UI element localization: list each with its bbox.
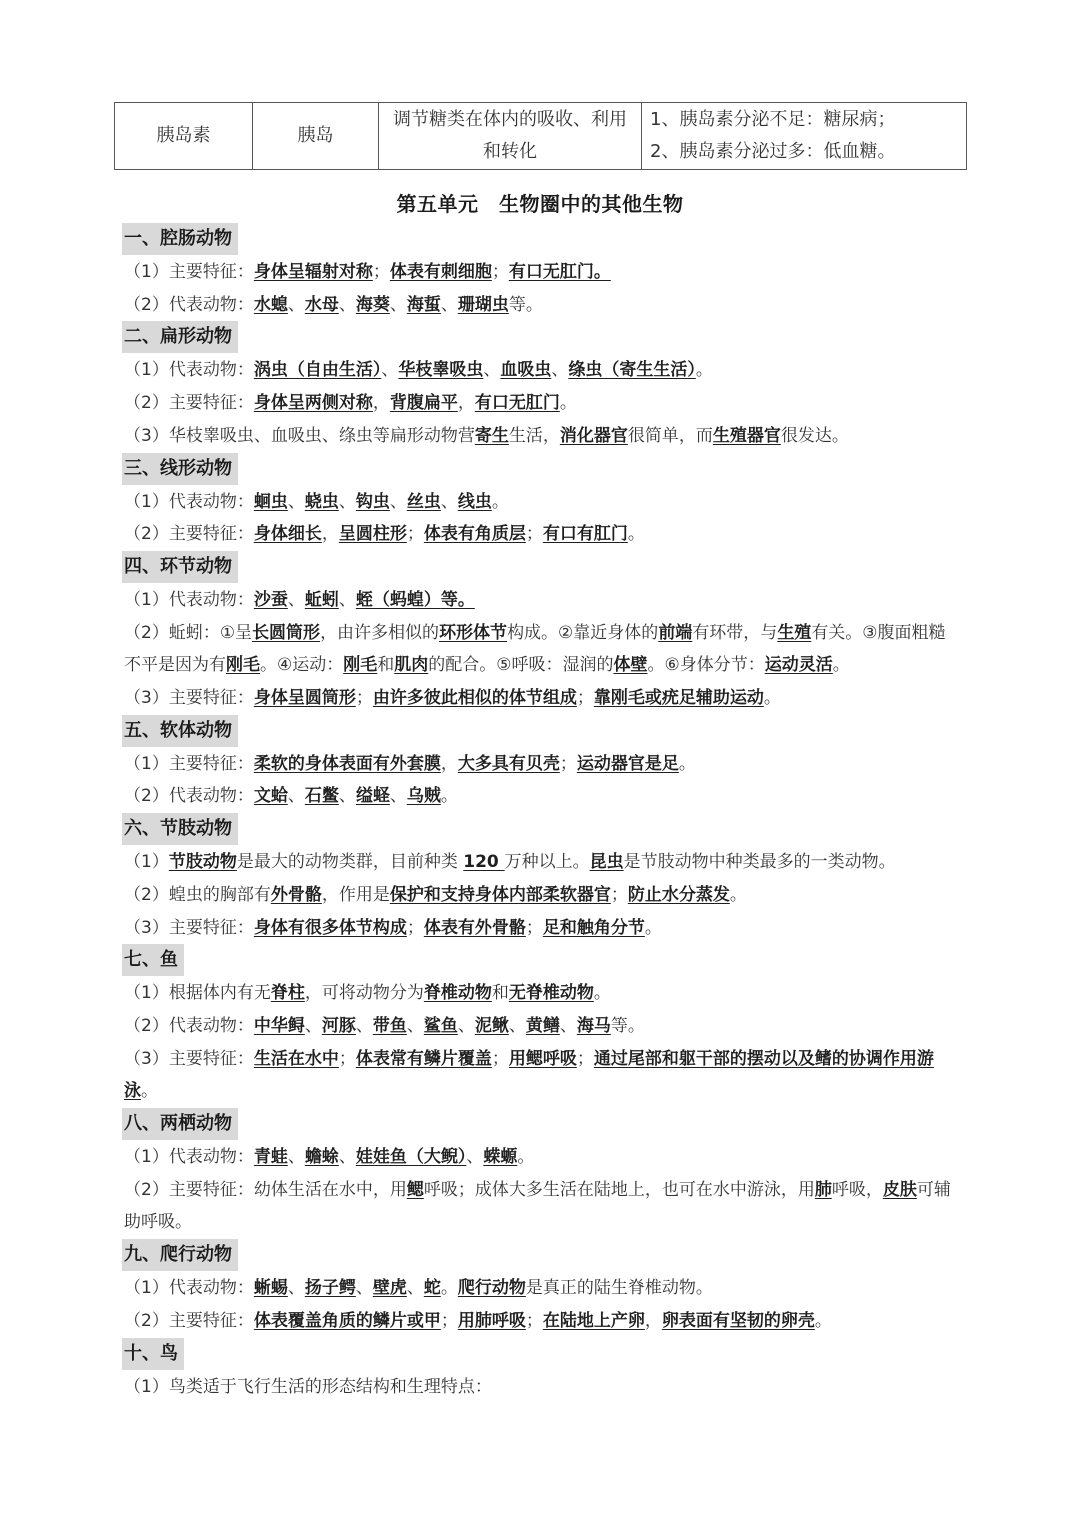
line-text: 等。 (611, 1016, 645, 1036)
key-term: 娃娃鱼（大鲵） (356, 1147, 467, 1167)
key-term: 水母 (305, 295, 339, 315)
list-item: （2）主要特征：体表覆盖角质的鳞片或甲；用肺呼吸；在陆地上产卵，卵表面有坚韧的卵… (124, 1305, 964, 1338)
key-term: 有口有肛门 (543, 524, 628, 544)
line-text: 、 (288, 786, 305, 806)
line-text: ； (407, 918, 424, 938)
line-text: （1）代表动物： (124, 1147, 254, 1167)
line-text: 。 (560, 393, 577, 413)
line-text: 。 (730, 885, 747, 905)
list-item: （2）主要特征：幼体生活在水中，用鳃呼吸；成体大多生活在陆地上，也可在水中游泳，… (124, 1174, 960, 1239)
line-text: ； (526, 1311, 543, 1331)
line-text: 、 (483, 360, 500, 380)
section-heading-row: 九、爬行动物 (124, 1239, 964, 1272)
list-item: （2）代表动物：中华鲟、河豚、带鱼、鲨鱼、泥鳅、黄鳝、海马等。 (124, 1010, 964, 1043)
line-text: 、 (509, 1016, 526, 1036)
section-heading-row: 六、节肢动物 (124, 813, 964, 846)
key-term: 有口无肛门 (475, 393, 560, 413)
key-term: 河豚 (322, 1016, 356, 1036)
list-item: （3）华枝睾吸虫、血吸虫、绦虫等扁形动物营寄生生活，消化器官很简单，而生殖器官很… (124, 420, 964, 453)
key-term: 肺 (815, 1180, 832, 1200)
line-text: 、 (407, 1016, 424, 1036)
section-heading: 八、两栖动物 (122, 1108, 238, 1140)
line-text: （2）主要特征： (124, 1311, 254, 1331)
line-text: （2）主要特征： (124, 524, 254, 544)
line-text: 、 (390, 492, 407, 512)
key-term: 大多具有贝壳 (458, 754, 560, 774)
line-text: 、 (390, 295, 407, 315)
key-term: 刚毛 (226, 655, 260, 675)
line-text: ，可将动物分为 (305, 983, 424, 1003)
key-term: 肌肉 (394, 655, 428, 675)
line-text: 。⑥身体分节： (648, 655, 765, 675)
key-term: 蛭（蚂蝗） (356, 590, 441, 610)
section-heading: 七、鱼 (122, 944, 184, 976)
key-term: 蝾螈 (483, 1147, 517, 1167)
section-heading-row: 四、环节动物 (124, 551, 964, 584)
line-text: （2）蚯蚓：①呈 (124, 623, 252, 643)
key-term: 由许多彼此相似的体节组成 (373, 688, 577, 708)
key-term: 脊椎动物 (424, 983, 492, 1003)
line-text: ； (560, 754, 577, 774)
line-text: （3）主要特征： (124, 1049, 254, 1069)
key-term: 防止水分蒸发 (628, 885, 730, 905)
line-text: 。 (645, 918, 662, 938)
line-text: 。 (833, 655, 850, 675)
line-text: ； (407, 524, 424, 544)
line-text: 。 (764, 688, 781, 708)
list-item: （3）主要特征：生活在水中；体表常有鳞片覆盖；用鳃呼吸；通过尾部和躯干部的摆动以… (124, 1043, 960, 1108)
key-term: 体表常有鳞片覆盖 (356, 1049, 492, 1069)
key-term: 黄鳝 (526, 1016, 560, 1036)
line-text: 、 (305, 1016, 322, 1036)
key-term: 卵表面有坚韧的卵壳 (662, 1311, 815, 1331)
key-term: 鲨鱼 (424, 1016, 458, 1036)
list-item: （2）蚯蚓：①呈长圆筒形，由许多相似的环形体节构成。②靠近身体的前端有环带，与生… (124, 617, 960, 682)
section-heading: 六、节肢动物 (122, 813, 238, 845)
key-term: 皮肤 (883, 1180, 917, 1200)
line-text: 呼吸；成体大多生活在陆地上，也可在水中游泳，用 (424, 1180, 815, 1200)
line-text: 、 (339, 786, 356, 806)
list-item: （2）蝗虫的胸部有外骨骼，作用是保护和支持身体内部柔软器官；防止水分蒸发。 (124, 879, 964, 912)
line-text: （2）主要特征： (124, 393, 254, 413)
section-heading-row: 二、扁形动物 (124, 321, 964, 354)
line-text: 、 (441, 492, 458, 512)
line-text: ， (441, 754, 458, 774)
hormone-table: 胰岛素 胰岛 调节糖类在体内的吸收、利用和转化 1、胰岛素分泌不足：糖尿病； 2… (114, 102, 967, 170)
line-text: （1）主要特征： (124, 754, 254, 774)
line-text: ； (492, 1049, 509, 1069)
key-term: 足和触角分节 (543, 918, 645, 938)
line-text: （1）根据体内有无 (124, 983, 271, 1003)
line-text: 、 (381, 360, 398, 380)
line-text: 、 (288, 1278, 305, 1298)
list-item: （2）主要特征：身体细长，呈圆柱形；体表有角质层；有口有肛门。 (124, 518, 964, 551)
unit-title: 第五单元 生物圈中的其他生物 (0, 188, 1080, 217)
line-text: （1）主要特征： (124, 262, 254, 282)
line-text: （3）主要特征： (124, 688, 254, 708)
key-term: 缢蛏 (356, 786, 390, 806)
line-text: 万种以上。 (505, 852, 590, 872)
line-text: ； (373, 262, 390, 282)
key-term: 前端 (658, 623, 692, 643)
key-term: 身体呈辐射对称 (254, 262, 373, 282)
key-term: 身体细长 (254, 524, 322, 544)
line-text: 构成。②靠近身体的 (507, 623, 658, 643)
key-term: 海蜇 (407, 295, 441, 315)
line-text: 、 (339, 1147, 356, 1167)
section-heading-row: 一、腔肠动物 (124, 223, 964, 256)
key-term: 靠刚毛或疣足辅助运动 (594, 688, 764, 708)
key-term: 石鳖 (305, 786, 339, 806)
line-text: 、 (407, 1278, 424, 1298)
list-item: （1）代表动物：沙蚕、蚯蚓、蛭（蚂蝗）等。 (124, 584, 964, 617)
line-text: 、 (339, 492, 356, 512)
key-term: 体表有外骨骼 (424, 918, 526, 938)
section-heading-row: 十、鸟 (124, 1338, 964, 1371)
line-text: 、 (441, 295, 458, 315)
effects-cell: 1、胰岛素分泌不足：糖尿病； 2、胰岛素分泌过多：低血糖。 (642, 103, 967, 170)
line-text: 、 (390, 786, 407, 806)
line-text: 、 (356, 1278, 373, 1298)
line-text: 、 (458, 1016, 475, 1036)
line-text: ； (577, 688, 594, 708)
line-text: ； (526, 918, 543, 938)
key-term: 有口无肛门。 (509, 262, 611, 282)
key-term: 运动器官是足 (577, 754, 679, 774)
key-term: 水螅 (254, 295, 288, 315)
line-text: 、 (339, 295, 356, 315)
line-text: ； (526, 524, 543, 544)
line-text: 很发达。 (781, 426, 849, 446)
line-text: 的配合。⑤呼吸：湿润的 (428, 655, 613, 675)
key-term: 体表有刺细胞 (390, 262, 492, 282)
key-term: 背腹扁平 (390, 393, 458, 413)
line-text: ； (492, 262, 509, 282)
line-text: （2）代表动物： (124, 1016, 254, 1036)
key-term: 体表有角质层 (424, 524, 526, 544)
key-term: 中华鲟 (254, 1016, 305, 1036)
section-heading-row: 八、两栖动物 (124, 1108, 964, 1141)
key-term: 生殖 (777, 623, 811, 643)
list-item: （1）节肢动物是最大的动物类群，目前种类 120 万种以上。昆虫是节肢动物中种类… (124, 846, 964, 879)
line-text: 和 (492, 983, 509, 1003)
key-term: 壁虎 (373, 1278, 407, 1298)
line-text: ； (356, 688, 373, 708)
line-text: （3）华枝睾吸虫、血吸虫、绦虫等扁形动物营 (124, 426, 475, 446)
line-text: 是节肢动物中种类最多的一类动物。 (624, 852, 896, 872)
key-term: 带鱼 (373, 1016, 407, 1036)
section-heading-row: 三、线形动物 (124, 453, 964, 486)
list-item: （1）代表动物：蛔虫、蛲虫、钩虫、丝虫、线虫。 (124, 486, 964, 519)
line-text: 和 (377, 655, 394, 675)
key-term: 生活在水中 (254, 1049, 339, 1069)
key-term: 昆虫 (590, 852, 624, 872)
line-text: （1） (124, 852, 169, 872)
list-item: （1）根据体内有无脊柱，可将动物分为脊椎动物和无脊椎动物。 (124, 977, 964, 1010)
key-term: 寄生 (475, 426, 509, 446)
key-term: 体表覆盖角质的鳞片或甲 (254, 1311, 441, 1331)
key-term: 消化器官 (560, 426, 628, 446)
section-heading: 九、爬行动物 (122, 1239, 238, 1271)
key-term: 线虫 (458, 492, 492, 512)
line-text: （1）代表动物： (124, 360, 254, 380)
key-term: 鳃 (407, 1180, 424, 1200)
list-item: （1）鸟类适于飞行生活的形态结构和生理特点： (124, 1371, 964, 1404)
key-term: 用鳃呼吸 (509, 1049, 577, 1069)
line-text: ，由许多相似的 (320, 623, 439, 643)
list-item: （3）主要特征：身体呈圆筒形；由许多彼此相似的体节组成；靠刚毛或疣足辅助运动。 (124, 682, 964, 715)
line-text: 。 (441, 1278, 458, 1298)
list-item: （1）主要特征：身体呈辐射对称；体表有刺细胞；有口无肛门。 (124, 256, 964, 289)
line-text: 。 (517, 1147, 534, 1167)
list-item: （1）代表动物：蜥蜴、扬子鳄、壁虎、蛇。爬行动物是真正的陆生脊椎动物。 (124, 1272, 964, 1305)
line-text: （2）主要特征：幼体生活在水中，用 (124, 1180, 407, 1200)
line-text: 。 (594, 983, 611, 1003)
list-item: （3）主要特征：身体有很多体节构成；体表有外骨骼；足和触角分节。 (124, 912, 964, 945)
key-term: 扬子鳄 (305, 1278, 356, 1298)
line-text: ， (645, 1311, 662, 1331)
key-term: 身体呈两侧对称 (254, 393, 373, 413)
line-text: （2）蝗虫的胸部有 (124, 885, 271, 905)
section-heading-row: 五、软体动物 (124, 715, 964, 748)
line-text: 。 (141, 1081, 158, 1101)
key-term: 120 (463, 852, 504, 872)
table-row: 胰岛素 胰岛 调节糖类在体内的吸收、利用和转化 1、胰岛素分泌不足：糖尿病； 2… (115, 103, 967, 170)
line-text: 。 (696, 360, 713, 380)
key-term: 钩虫 (356, 492, 390, 512)
key-term: 蜥蜴 (254, 1278, 288, 1298)
line-text: （1）鸟类适于飞行生活的形态结构和生理特点： (124, 1377, 492, 1397)
key-term: 乌贼 (407, 786, 441, 806)
key-term: 运动灵活 (765, 655, 833, 675)
key-term: 等。 (441, 590, 475, 610)
key-term: 青蛙 (254, 1147, 288, 1167)
line-text: ； (577, 1049, 594, 1069)
line-text: （1）代表动物： (124, 492, 254, 512)
line-text: （1）代表动物： (124, 590, 254, 610)
effect-excess: 2、胰岛素分泌过多：低血糖。 (650, 136, 960, 168)
line-text: （3）主要特征： (124, 918, 254, 938)
key-term: 蛇 (424, 1278, 441, 1298)
key-term: 刚毛 (343, 655, 377, 675)
list-item: （1）代表动物：涡虫（自由生活）、华枝睾吸虫、血吸虫、绦虫（寄生生活）。 (124, 354, 964, 387)
line-text: 、 (560, 1016, 577, 1036)
key-term: 蛲虫 (305, 492, 339, 512)
line-text: 。 (815, 1311, 832, 1331)
line-text: ， (458, 393, 475, 413)
key-term: 生殖器官 (713, 426, 781, 446)
section-heading: 一、腔肠动物 (122, 223, 238, 255)
key-term: 长圆筒形 (252, 623, 320, 643)
key-term: 涡虫（自由生活） (254, 360, 382, 380)
section-heading-row: 七、鱼 (124, 944, 964, 977)
key-term: 沙蚕 (254, 590, 288, 610)
section-list: 一、腔肠动物（1）主要特征：身体呈辐射对称；体表有刺细胞；有口无肛门。（2）代表… (124, 223, 964, 1403)
key-term: 在陆地上产卵 (543, 1311, 645, 1331)
key-term: 海马 (577, 1016, 611, 1036)
key-term: 血吸虫 (500, 360, 551, 380)
key-term: 海葵 (356, 295, 390, 315)
line-text: 、 (551, 360, 568, 380)
line-text: 呼吸， (832, 1180, 883, 1200)
key-term: 绦虫（寄生生活） (568, 360, 696, 380)
line-text: ； (611, 885, 628, 905)
line-text: 是最大的动物类群，目前种类 (237, 852, 463, 872)
list-item: （2）主要特征：身体呈两侧对称，背腹扁平，有口无肛门。 (124, 387, 964, 420)
list-item: （1）代表动物：青蛙、蟾蜍、娃娃鱼（大鲵）、蝾螈。 (124, 1141, 964, 1174)
line-text: 、 (356, 1016, 373, 1036)
key-term: 文蛤 (254, 786, 288, 806)
line-text: 、 (288, 1147, 305, 1167)
line-text: ； (441, 1311, 458, 1331)
key-term: 丝虫 (407, 492, 441, 512)
section-heading: 五、软体动物 (122, 715, 238, 747)
line-text: ； (339, 1049, 356, 1069)
key-term: 身体呈圆筒形 (254, 688, 356, 708)
key-term: 蛔虫 (254, 492, 288, 512)
key-term: 柔软的身体表面有外套膜 (254, 754, 441, 774)
key-term: 蚯蚓 (305, 590, 339, 610)
list-item: （2）代表动物：文蛤、石鳖、缢蛏、乌贼。 (124, 780, 964, 813)
line-text: ， (373, 393, 390, 413)
line-text: 。 (679, 754, 696, 774)
key-term: 外骨骼 (271, 885, 322, 905)
line-text: 很简单，而 (628, 426, 713, 446)
line-text: 、 (288, 492, 305, 512)
list-item: （2）代表动物：水螅、水母、海葵、海蜇、珊瑚虫等。 (124, 289, 964, 322)
line-text: 。 (441, 786, 458, 806)
list-item: （1）主要特征：柔软的身体表面有外套膜，大多具有贝壳；运动器官是足。 (124, 748, 964, 781)
line-text: 有环带，与 (692, 623, 777, 643)
line-text: 、 (466, 1147, 483, 1167)
key-term: 呈圆柱形 (339, 524, 407, 544)
line-text: 是真正的陆生脊椎动物。 (526, 1278, 713, 1298)
line-text: （2）代表动物： (124, 786, 254, 806)
section-heading: 二、扁形动物 (122, 321, 238, 353)
section-heading: 四、环节动物 (122, 551, 238, 583)
function-cell: 调节糖类在体内的吸收、利用和转化 (379, 103, 642, 170)
line-text: 。④运动： (260, 655, 343, 675)
key-term: 脊柱 (271, 983, 305, 1003)
line-text: ， (322, 524, 339, 544)
line-text: （2）代表动物： (124, 295, 254, 315)
section-heading: 十、鸟 (122, 1338, 184, 1370)
line-text: （1）代表动物： (124, 1278, 254, 1298)
key-term: 用肺呼吸 (458, 1311, 526, 1331)
line-text: 、 (339, 590, 356, 610)
line-text: ，作用是 (322, 885, 390, 905)
line-text: 等。 (509, 295, 543, 315)
line-text: 。 (492, 492, 509, 512)
key-term: 珊瑚虫 (458, 295, 509, 315)
line-text: 生活， (509, 426, 560, 446)
line-text: 、 (288, 590, 305, 610)
effect-deficiency: 1、胰岛素分泌不足：糖尿病； (650, 104, 960, 136)
key-term: 身体有很多体节构成 (254, 918, 407, 938)
key-term: 爬行动物 (458, 1278, 526, 1298)
key-term: 蟾蜍 (305, 1147, 339, 1167)
document-page: 胰岛素 胰岛 调节糖类在体内的吸收、利用和转化 1、胰岛素分泌不足：糖尿病； 2… (0, 0, 1080, 1527)
key-term: 华枝睾吸虫 (398, 360, 483, 380)
key-term: 体壁 (614, 655, 648, 675)
key-term: 保护和支持身体内部柔软器官 (390, 885, 611, 905)
hormone-cell: 胰岛素 (115, 103, 253, 170)
line-text: 。 (628, 524, 645, 544)
key-term: 节肢动物 (169, 852, 237, 872)
line-text: 、 (288, 295, 305, 315)
gland-cell: 胰岛 (253, 103, 379, 170)
key-term: 无脊椎动物 (509, 983, 594, 1003)
key-term: 环形体节 (439, 623, 507, 643)
key-term: 泥鳅 (475, 1016, 509, 1036)
section-heading: 三、线形动物 (122, 453, 238, 485)
